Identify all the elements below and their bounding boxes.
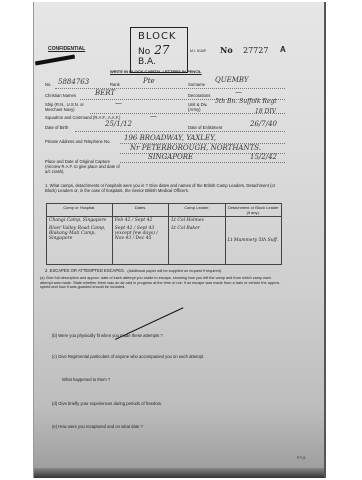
surname-value: QUEMBY [215, 76, 249, 84]
rank-label: Rank [110, 82, 120, 87]
section2-title: 2. ESCAPES OR ATTEMPTED ESCAPES. (Additi… [45, 268, 222, 274]
squadron-value: — [150, 112, 157, 120]
camps-table: Camp or Hospital. Dates. Camp Leader. De… [46, 203, 282, 265]
section2-d: (d) Give briefly your experiences during… [52, 401, 162, 406]
ship-value: — [115, 99, 122, 107]
christian-names-label: Christian Names [45, 93, 76, 98]
section2-c: (c) Give Regimental particulars of anyon… [52, 354, 204, 359]
capture-place: SINGAPORE [148, 153, 193, 161]
classification-label: CONFIDENTIAL [48, 47, 85, 52]
enlistment-label: Date of Enlistment [188, 125, 222, 130]
no-label: No. [45, 82, 52, 87]
table-row: Changi Camp, SingaporeRiver Valley Road … [47, 217, 282, 265]
capture-date: 15/2/42 [250, 153, 277, 161]
form-number: 27727 [243, 46, 268, 55]
decorations-label: Decorations [188, 93, 210, 98]
cell-dates: Feb 42 / Sept 42Sept 42 / Sept 43 (excep… [112, 217, 168, 265]
section2-a: (a) Give full description and approx. da… [40, 276, 285, 290]
stamp-line1: BLOCK [138, 31, 177, 42]
cell-leader: Lt Col HolmesLt Col Baker [169, 217, 225, 265]
section2-b: (b) Were you physically fit when you mad… [52, 333, 163, 338]
section2-c2: What happened to them ? [62, 377, 110, 382]
address-label: Private Address and Telephone No. [45, 139, 111, 144]
dob-value: 25/1/12 [105, 120, 132, 128]
enlistment-value: 26/7/40 [250, 120, 277, 128]
section1-question: 1. What camps, detachments or hospitals … [45, 183, 285, 193]
form-ref: M.I. 9/JAP [190, 49, 206, 54]
ship-label: Ship (R.N., U.S.N. or Merchant Navy) [45, 102, 85, 112]
surname-label: Surname [188, 82, 205, 87]
cell-camp: Changi Camp, SingaporeRiver Valley Road … [47, 217, 113, 265]
decorations-value: — [235, 88, 242, 96]
section2-e: (e) How were you recaptured and on what … [52, 424, 143, 429]
rank-value: Pte [143, 77, 155, 85]
col-dates: Dates. [112, 204, 168, 217]
unit-label: Unit & Div. (Army) [188, 102, 210, 112]
capture-sublabel: (Aircrew R.A.F. to give place and date o… [45, 164, 120, 174]
block-stamp: BLOCK No27 B.A. [130, 27, 188, 73]
unit-value: 5th Bn. Suffolk Regt [215, 98, 277, 105]
stamp-line3: B.A. [138, 57, 156, 67]
stamp-line2: No27 [138, 43, 170, 57]
cell-block: Lt Mummery 5th Suff. [225, 217, 281, 265]
col-leader: Camp Leader. [169, 204, 225, 217]
pto-label: P.T.O. [297, 456, 306, 461]
address-line2: Nr PETERBOROUGH, NORTHANTS. [130, 144, 261, 152]
dob-label: Date of Birth [45, 125, 68, 130]
col-camp: Camp or Hospital. [47, 204, 113, 217]
christian-names-value: BERT [95, 89, 115, 97]
no-value: 5884763 [58, 78, 89, 86]
form-suffix: A [280, 45, 286, 54]
address-line1: 196 BROADWAY, YAXLEY, [124, 134, 216, 142]
number-label: No [220, 45, 233, 55]
col-block: Detachment or Block Leader (if any). [225, 204, 281, 217]
instruction: WRITE IN BLOCK CAPITAL LETTERS IN PENCIL [110, 69, 202, 74]
